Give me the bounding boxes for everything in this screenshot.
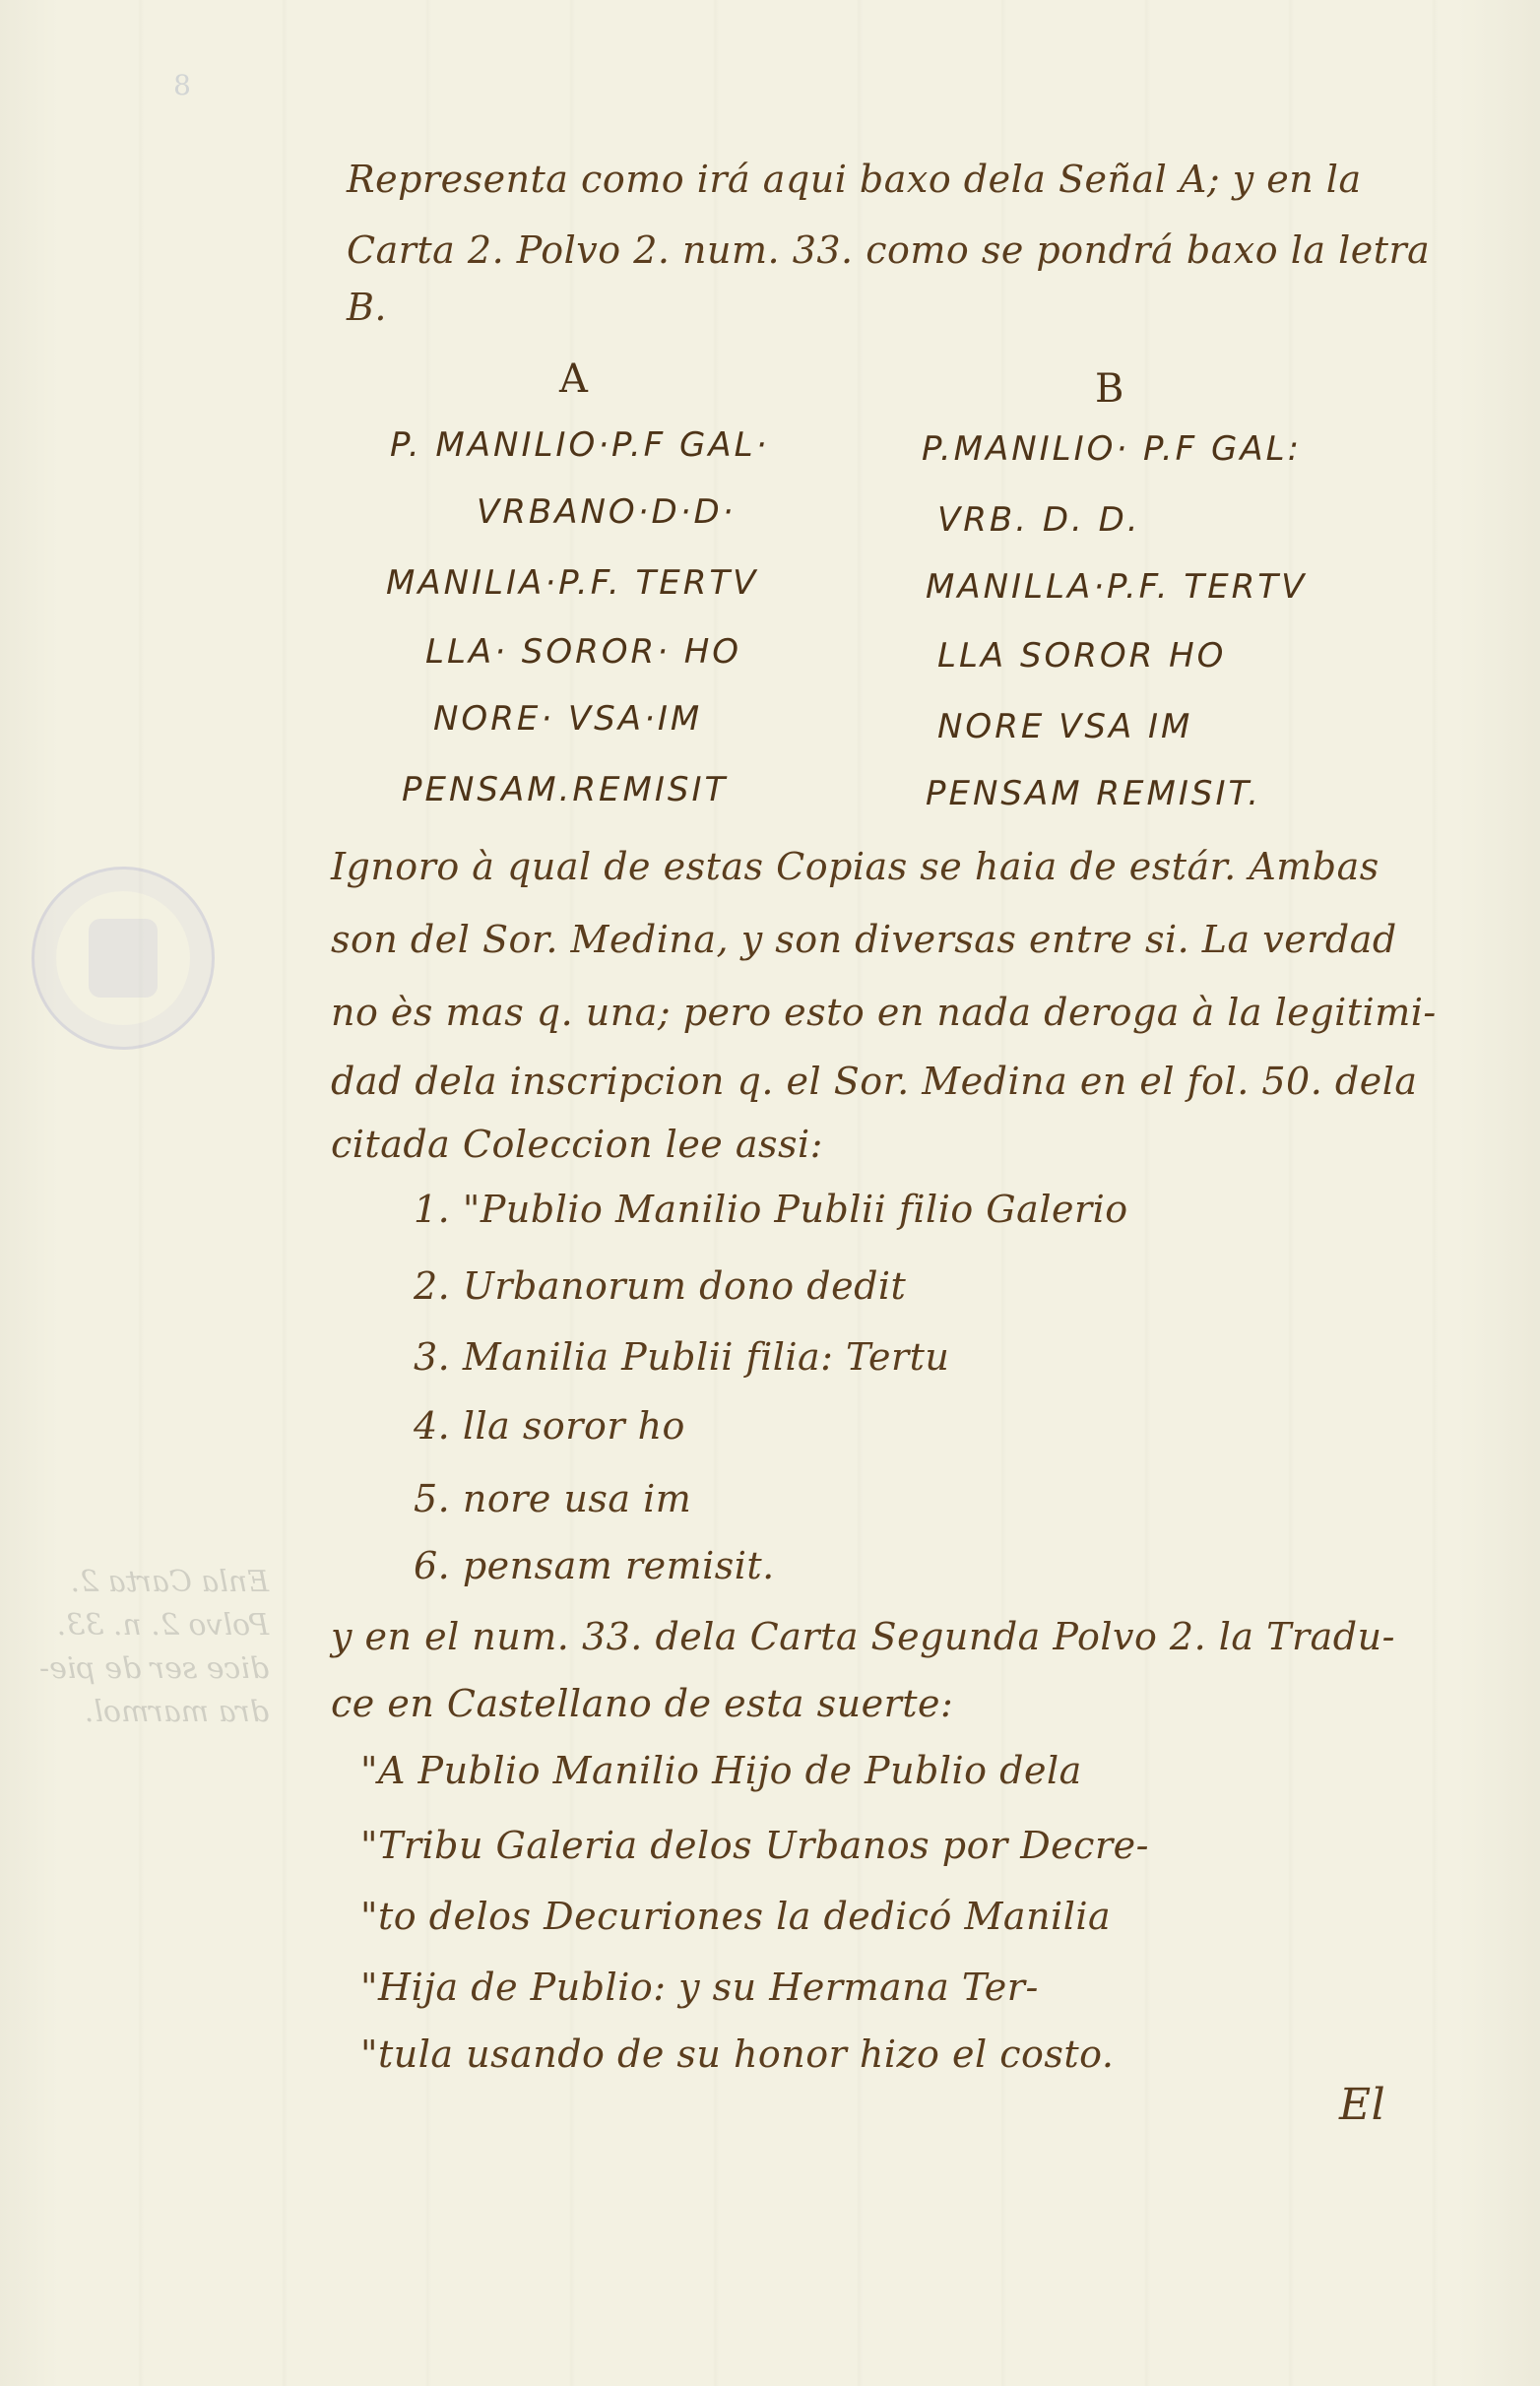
- bleedthrough-page-number: 8: [173, 69, 191, 101]
- bleedthrough-margin-note: Enla Carta 2. Polvo 2. n. 33. dice ser d…: [39, 1561, 269, 1734]
- list-item: 6. pensam remisit.: [414, 1544, 775, 1587]
- list-item: 3. Manilia Publii filia: Tertu: [414, 1335, 949, 1379]
- list-text: "Publio Manilio Publii filio Galerio: [463, 1188, 1128, 1231]
- stamp-emblem-icon: [89, 919, 158, 998]
- inscription-b-label: B: [1095, 366, 1123, 412]
- list-number: 2.: [414, 1264, 450, 1308]
- inscription-b-line-1: P.MANILIO· P.F GAL:: [922, 429, 1302, 469]
- paragraph1-line-2: son del Sor. Medina, y son diversas entr…: [331, 918, 1397, 961]
- translation-line-2: "Tribu Galeria delos Urbanos por Decre-: [360, 1824, 1149, 1867]
- list-number: 4.: [414, 1404, 450, 1448]
- inscription-a-line-3: MANILIA·P.F. TERTV: [386, 563, 758, 603]
- paragraph1-line-1: Ignoro à qual de estas Copias se haia de…: [331, 845, 1380, 888]
- list-text: lla soror ho: [463, 1404, 685, 1448]
- paragraph2-line-1: y en el num. 33. dela Carta Segunda Polv…: [331, 1615, 1395, 1658]
- inscription-a-line-1: P. MANILIO·P.F GAL·: [390, 425, 769, 465]
- inscription-a-label: A: [559, 356, 588, 402]
- inscription-b-line-2: VRB. D. D.: [937, 500, 1141, 540]
- list-item: 5. nore usa im: [414, 1477, 691, 1520]
- paragraph1-line-3: no ès mas q. una; pero esto en nada dero…: [331, 991, 1437, 1034]
- list-item: 4. lla soror ho: [414, 1404, 685, 1448]
- list-text: Urbanorum dono dedit: [463, 1264, 906, 1308]
- inscription-b-line-3: MANILLA·P.F. TERTV: [926, 567, 1307, 607]
- paragraph2-line-2: ce en Castellano de esta suerte:: [331, 1682, 953, 1725]
- list-text: pensam remisit.: [463, 1544, 775, 1587]
- translation-line-3: "to delos Decuriones la dedicó Manilia: [360, 1895, 1111, 1938]
- list-number: 1.: [414, 1188, 450, 1231]
- inscription-a-line-4: LLA· SOROR· HO: [425, 632, 741, 672]
- intro-line-3: B.: [347, 286, 387, 329]
- list-number: 6.: [414, 1544, 450, 1587]
- inscription-a-line-5: NORE· VSA·IM: [433, 699, 702, 739]
- list-number: 5.: [414, 1477, 450, 1520]
- intro-line-2: Carta 2. Polvo 2. num. 33. como se pondr…: [347, 228, 1430, 272]
- bleedthrough-line: Enla Carta 2.: [39, 1561, 269, 1604]
- bleedthrough-line: dice ser de pie-: [39, 1647, 269, 1691]
- list-text: nore usa im: [463, 1477, 691, 1520]
- list-number: 3.: [414, 1335, 450, 1379]
- translation-line-4: "Hija de Publio: y su Hermana Ter-: [360, 1966, 1039, 2009]
- translation-line-1: "A Publio Manilio Hijo de Publio dela: [360, 1749, 1082, 1792]
- bleedthrough-line: Polvo 2. n. 33.: [39, 1604, 269, 1647]
- list-item: 1. "Publio Manilio Publii filio Galerio: [414, 1188, 1128, 1231]
- inscription-a-line-6: PENSAM.REMISIT: [402, 770, 728, 809]
- inscription-b-line-4: LLA SOROR HO: [937, 636, 1226, 676]
- intro-line-1: Representa como irá aqui baxo dela Señal…: [347, 158, 1362, 201]
- list-text: Manilia Publii filia: Tertu: [463, 1335, 950, 1379]
- bleedthrough-line: dra marmol.: [39, 1691, 269, 1734]
- library-stamp: [32, 867, 215, 1050]
- inscription-b-line-6: PENSAM REMISIT.: [926, 774, 1261, 813]
- inscription-a-line-2: VRBANO·D·D·: [477, 492, 736, 532]
- translation-line-5: "tula usando de su honor hizo el costo.: [360, 2032, 1114, 2076]
- list-item: 2. Urbanorum dono dedit: [414, 1264, 906, 1308]
- catchword: El: [1339, 2080, 1385, 2130]
- inscription-b-line-5: NORE VSA IM: [937, 707, 1192, 746]
- paragraph1-line-5: citada Coleccion lee assi:: [331, 1123, 823, 1166]
- paragraph1-line-4: dad dela inscripcion q. el Sor. Medina e…: [331, 1060, 1418, 1103]
